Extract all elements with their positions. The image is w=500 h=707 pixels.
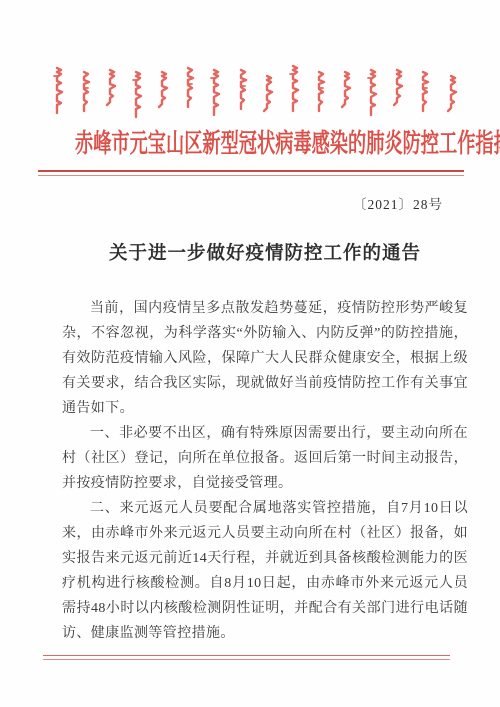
notice-title: 关于进一步做好疫情防控工作的通告 bbox=[62, 239, 468, 265]
body-paragraph: 当前，国内疫情呈多点散发趋势蔓延，疫情防控形势严峻复杂，不容忽视，为科学落实“外… bbox=[62, 296, 468, 421]
doc-number: 〔2021〕28号 bbox=[0, 193, 443, 213]
header-double-rule bbox=[38, 170, 464, 176]
mongolian-script-banner bbox=[52, 64, 464, 122]
org-title: 赤峰市元宝山区新型冠状病毒感染的肺炎防控工作指挥部 bbox=[75, 124, 425, 162]
body-paragraph: 二、来元返元人员要配合属地落实管控措施，自7月10日以来，由赤峰市外来元返元人员… bbox=[62, 496, 468, 646]
scanned-notice-page: 赤峰市元宝山区新型冠状病毒感染的肺炎防控工作指挥部 〔2021〕28号 关于进一… bbox=[0, 0, 500, 707]
notice-body: 当前，国内疫情呈多点散发趋势蔓延，疫情防控形势严峻复杂，不容忽视，为科学落实“外… bbox=[62, 296, 468, 646]
footer-double-rule bbox=[43, 655, 450, 660]
body-paragraph: 一、非必要不出区，确有特殊原因需要出行，要主动向所在村（社区）登记，向所在单位报… bbox=[62, 421, 468, 496]
